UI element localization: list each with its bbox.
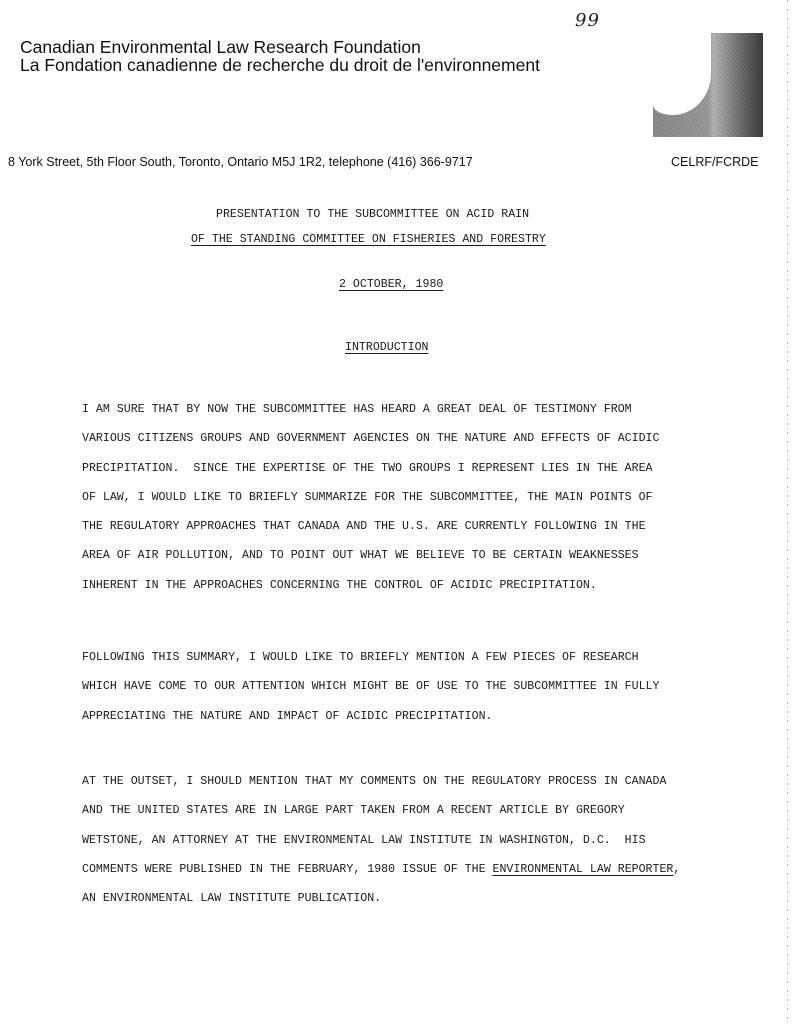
paragraph-line: INHERENT IN THE APPROACHES CONCERNING TH…	[82, 579, 659, 608]
document-title-line-1: PRESENTATION TO THE SUBCOMMITTEE ON ACID…	[216, 208, 529, 221]
handwritten-page-number: 99	[575, 10, 600, 31]
org-address: 8 York Street, 5th Floor South, Toronto,…	[8, 155, 473, 169]
org-name-english: Canadian Environmental Law Research Foun…	[20, 37, 421, 57]
paragraph-line: FOLLOWING THIS SUMMARY, I WOULD LIKE TO …	[82, 651, 659, 680]
document-title-line-2: OF THE STANDING COMMITTEE ON FISHERIES A…	[191, 233, 546, 246]
org-code: CELRF/FCRDE	[671, 155, 759, 169]
paragraph-line: WHICH HAVE COME TO OUR ATTENTION WHICH M…	[82, 680, 659, 709]
paragraph-line: AN ENVIRONMENTAL LAW INSTITUTE PUBLICATI…	[82, 892, 680, 921]
paragraph-line: APPRECIATING THE NATURE AND IMPACT OF AC…	[82, 710, 659, 739]
paragraph-line: AND THE UNITED STATES ARE IN LARGE PART …	[82, 804, 680, 833]
scan-edge-divider	[787, 0, 788, 1024]
line-text: COMMENTS WERE PUBLISHED IN THE FEBRUARY,…	[82, 863, 493, 876]
paragraph-2: FOLLOWING THIS SUMMARY, I WOULD LIKE TO …	[82, 651, 659, 739]
paragraph-line: THE REGULATORY APPROACHES THAT CANADA AN…	[82, 520, 659, 549]
organization-logo-icon	[653, 33, 763, 137]
paragraph-line: AREA OF AIR POLLUTION, AND TO POINT OUT …	[82, 549, 659, 578]
paragraph-line: VARIOUS CITIZENS GROUPS AND GOVERNMENT A…	[82, 432, 659, 461]
paragraph-line: AT THE OUTSET, I SHOULD MENTION THAT MY …	[82, 775, 680, 804]
publication-title: ENVIRONMENTAL LAW REPORTER	[493, 863, 674, 876]
document-date: 2 OCTOBER, 1980	[339, 278, 443, 291]
paragraph-1: I AM SURE THAT BY NOW THE SUBCOMMITTEE H…	[82, 403, 659, 608]
section-heading: INTRODUCTION	[345, 341, 429, 354]
paragraph-line: I AM SURE THAT BY NOW THE SUBCOMMITTEE H…	[82, 403, 659, 432]
paragraph-line: OF LAW, I WOULD LIKE TO BRIEFLY SUMMARIZ…	[82, 491, 659, 520]
paragraph-line: WETSTONE, AN ATTORNEY AT THE ENVIRONMENT…	[82, 834, 680, 863]
paragraph-line: COMMENTS WERE PUBLISHED IN THE FEBRUARY,…	[82, 863, 680, 892]
org-name-french: La Fondation canadienne de recherche du …	[20, 55, 540, 75]
paragraph-line: PRECIPITATION. SINCE THE EXPERTISE OF TH…	[82, 462, 659, 491]
line-text: ,	[673, 863, 680, 876]
logo-cutout-edge	[653, 33, 667, 73]
paragraph-3: AT THE OUTSET, I SHOULD MENTION THAT MY …	[82, 775, 680, 921]
